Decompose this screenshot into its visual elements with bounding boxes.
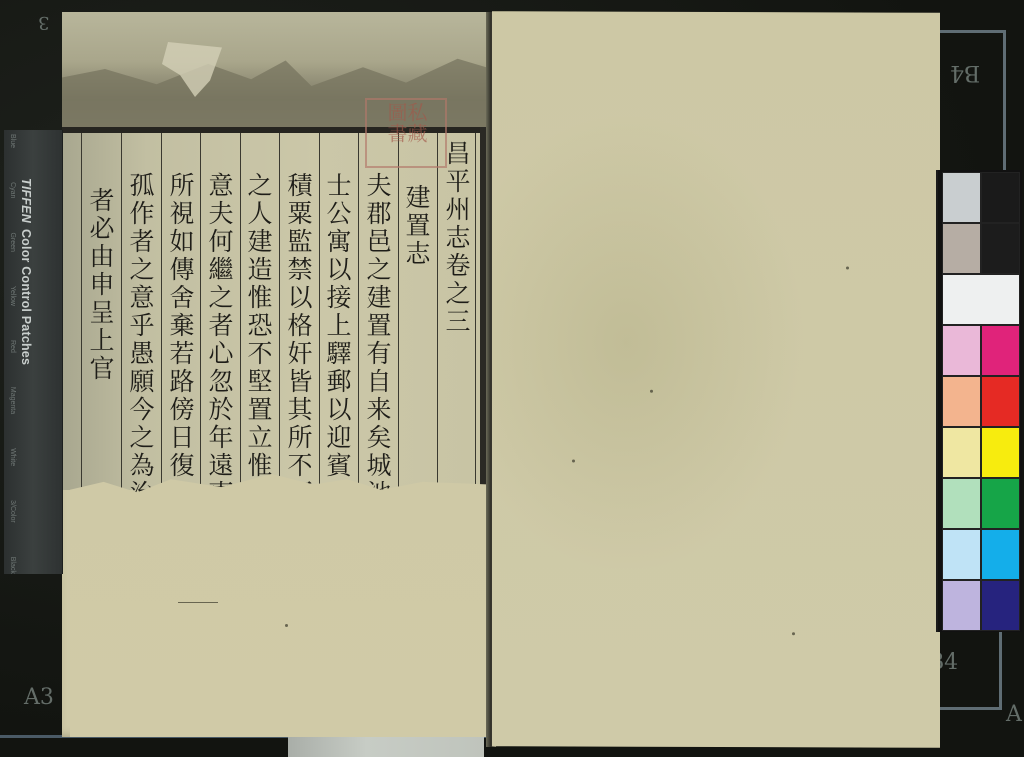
grid-label-bottom-left: A3	[24, 685, 54, 710]
paper-speck	[572, 459, 575, 462]
column-rule	[475, 133, 476, 488]
tiffen-title: TIFFENColor Control Patches	[19, 178, 33, 365]
color-patch-light-gray	[942, 172, 981, 223]
left-page: 私藏圖書 昌平州志卷之三 建置志 夫郡邑之建置有自来矣城池 士公寓以接上驛郵以迎…	[62, 12, 492, 737]
paper-speck	[846, 266, 849, 269]
color-patch-light-green	[942, 478, 981, 529]
column-rule	[161, 133, 162, 488]
collector-seal: 私藏圖書	[365, 98, 447, 168]
tiffen-label: 3/Color	[9, 500, 16, 523]
text-column-7: 孤作者之意乎愚願今之為治	[128, 172, 153, 508]
text-column-3: 積粟監禁以格奸皆其所不可	[286, 172, 311, 508]
paper-speck	[285, 624, 288, 627]
tiffen-label: Black	[9, 557, 16, 574]
text-column-4: 之人建造惟恐不堅置立惟恐	[246, 172, 271, 508]
paper-speck	[650, 390, 653, 393]
grid-label-far-right: A	[1006, 702, 1022, 727]
column-rule	[121, 133, 122, 488]
column-rule	[81, 133, 82, 488]
grid-label-top-right: B4	[950, 60, 980, 85]
column-rule	[200, 133, 201, 488]
tiffen-label: Yellow	[9, 286, 16, 306]
torn-lower-leaf	[70, 474, 490, 737]
title-column: 昌平州志卷之三	[444, 140, 469, 336]
tiffen-label: Blue	[9, 134, 16, 148]
section-heading: 建置志	[404, 184, 429, 268]
paper-speck	[792, 632, 795, 635]
color-patch-white	[942, 274, 1020, 325]
color-patch-magenta	[981, 325, 1020, 376]
tiffen-label: White	[9, 448, 16, 466]
paper-crease	[178, 602, 218, 603]
text-column-8: 者必由申呈上官	[88, 187, 113, 383]
tiffen-calibration-strip: Blue Cyan Green Yellow Red Magenta White…	[4, 130, 63, 574]
column-rule	[358, 133, 359, 488]
color-patch-peach	[942, 376, 981, 427]
text-column-5: 意夫何繼之者心忽於年遠事	[207, 172, 232, 508]
column-rule	[319, 133, 320, 488]
color-patch-navy	[981, 580, 1020, 631]
registration-frame-top-right	[940, 30, 1006, 180]
color-patch-yellow	[981, 427, 1020, 478]
column-rule	[240, 133, 241, 488]
column-rule	[437, 133, 438, 488]
color-patch-black-mid	[981, 223, 1020, 274]
color-patch-black-top	[981, 172, 1020, 223]
color-patch-light-cyan	[942, 529, 981, 580]
open-book: 私藏圖書 昌平州志卷之三 建置志 夫郡邑之建置有自来矣城池 士公寓以接上驛郵以迎…	[62, 12, 942, 752]
color-patch-light-yellow	[942, 427, 981, 478]
tiffen-label: Magenta	[9, 387, 16, 414]
color-patch-light-pink	[942, 325, 981, 376]
right-page	[492, 11, 940, 748]
color-patch-lavender	[942, 580, 981, 631]
text-column-1: 夫郡邑之建置有自来矣城池	[365, 172, 390, 508]
tiffen-label: Green	[9, 232, 16, 251]
tiffen-label: Red	[9, 340, 16, 353]
column-rule	[279, 133, 280, 488]
color-patch-warm-gray	[942, 223, 981, 274]
color-patch-green	[981, 478, 1020, 529]
column-rule	[398, 133, 399, 488]
color-checker-chart	[936, 170, 1022, 632]
bottom-paper-tab	[288, 737, 484, 757]
color-patch-red	[981, 376, 1020, 427]
grid-label-top-left: 3	[38, 12, 49, 33]
tiffen-title-text: Color Control Patches	[19, 229, 33, 365]
tiffen-patch-labels: Blue Cyan Green Yellow Red Magenta White…	[9, 134, 16, 574]
text-column-2: 士公寓以接上驛郵以迎賓	[325, 172, 350, 480]
text-column-6: 所視如傳舍棄若路傍日復一	[168, 172, 193, 508]
tiffen-label: Cyan	[9, 182, 16, 198]
color-patch-cyan	[981, 529, 1020, 580]
tiffen-brand: TIFFEN	[19, 178, 33, 223]
